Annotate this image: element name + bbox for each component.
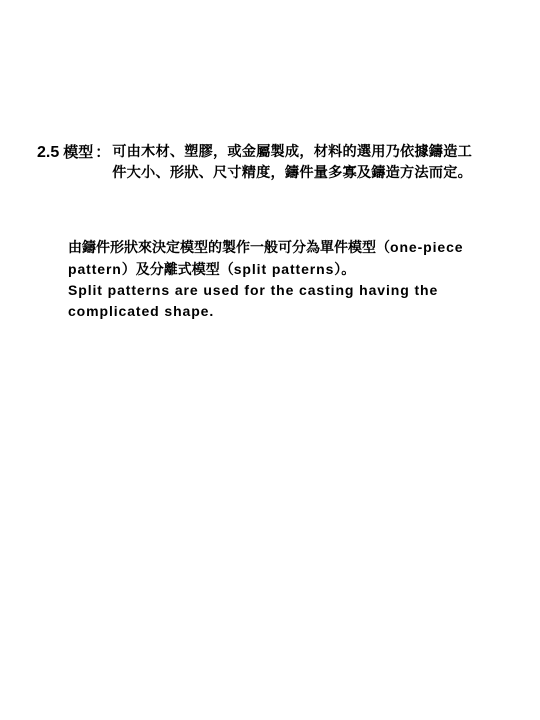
term-colon: ： [95,142,110,163]
pattern-section: 2.5 模型 ： 可由木材、塑膠，或金屬製成，材料的選用乃依據鑄造工件大小、形狀… [37,142,487,184]
section-term: 模型 [63,142,93,163]
section-number: 2.5 [37,142,59,163]
text-zh-3: ）。 [334,262,355,278]
text-zh-1: 由鑄件形狀來決定模型的製作一般可分為單件模型（ [68,240,390,256]
text-zh-2: ）及分離式模型（ [122,262,234,278]
english-explanation: Split patterns are used for the casting … [68,280,478,321]
pattern-types-sentence: 由鑄件形狀來決定模型的製作一般可分為單件模型（one-piece pattern… [68,237,478,280]
term-definition: 可由木材、塑膠，或金屬製成，材料的選用乃依據鑄造工件大小、形狀、尺寸精度，鑄件量… [112,142,472,184]
text-en-term-2: split patterns [234,261,335,277]
definition-row: 2.5 模型 ： 可由木材、塑膠，或金屬製成，材料的選用乃依據鑄造工件大小、形狀… [37,142,487,184]
pattern-types-paragraph: 由鑄件形狀來決定模型的製作一般可分為單件模型（one-piece pattern… [68,237,478,322]
